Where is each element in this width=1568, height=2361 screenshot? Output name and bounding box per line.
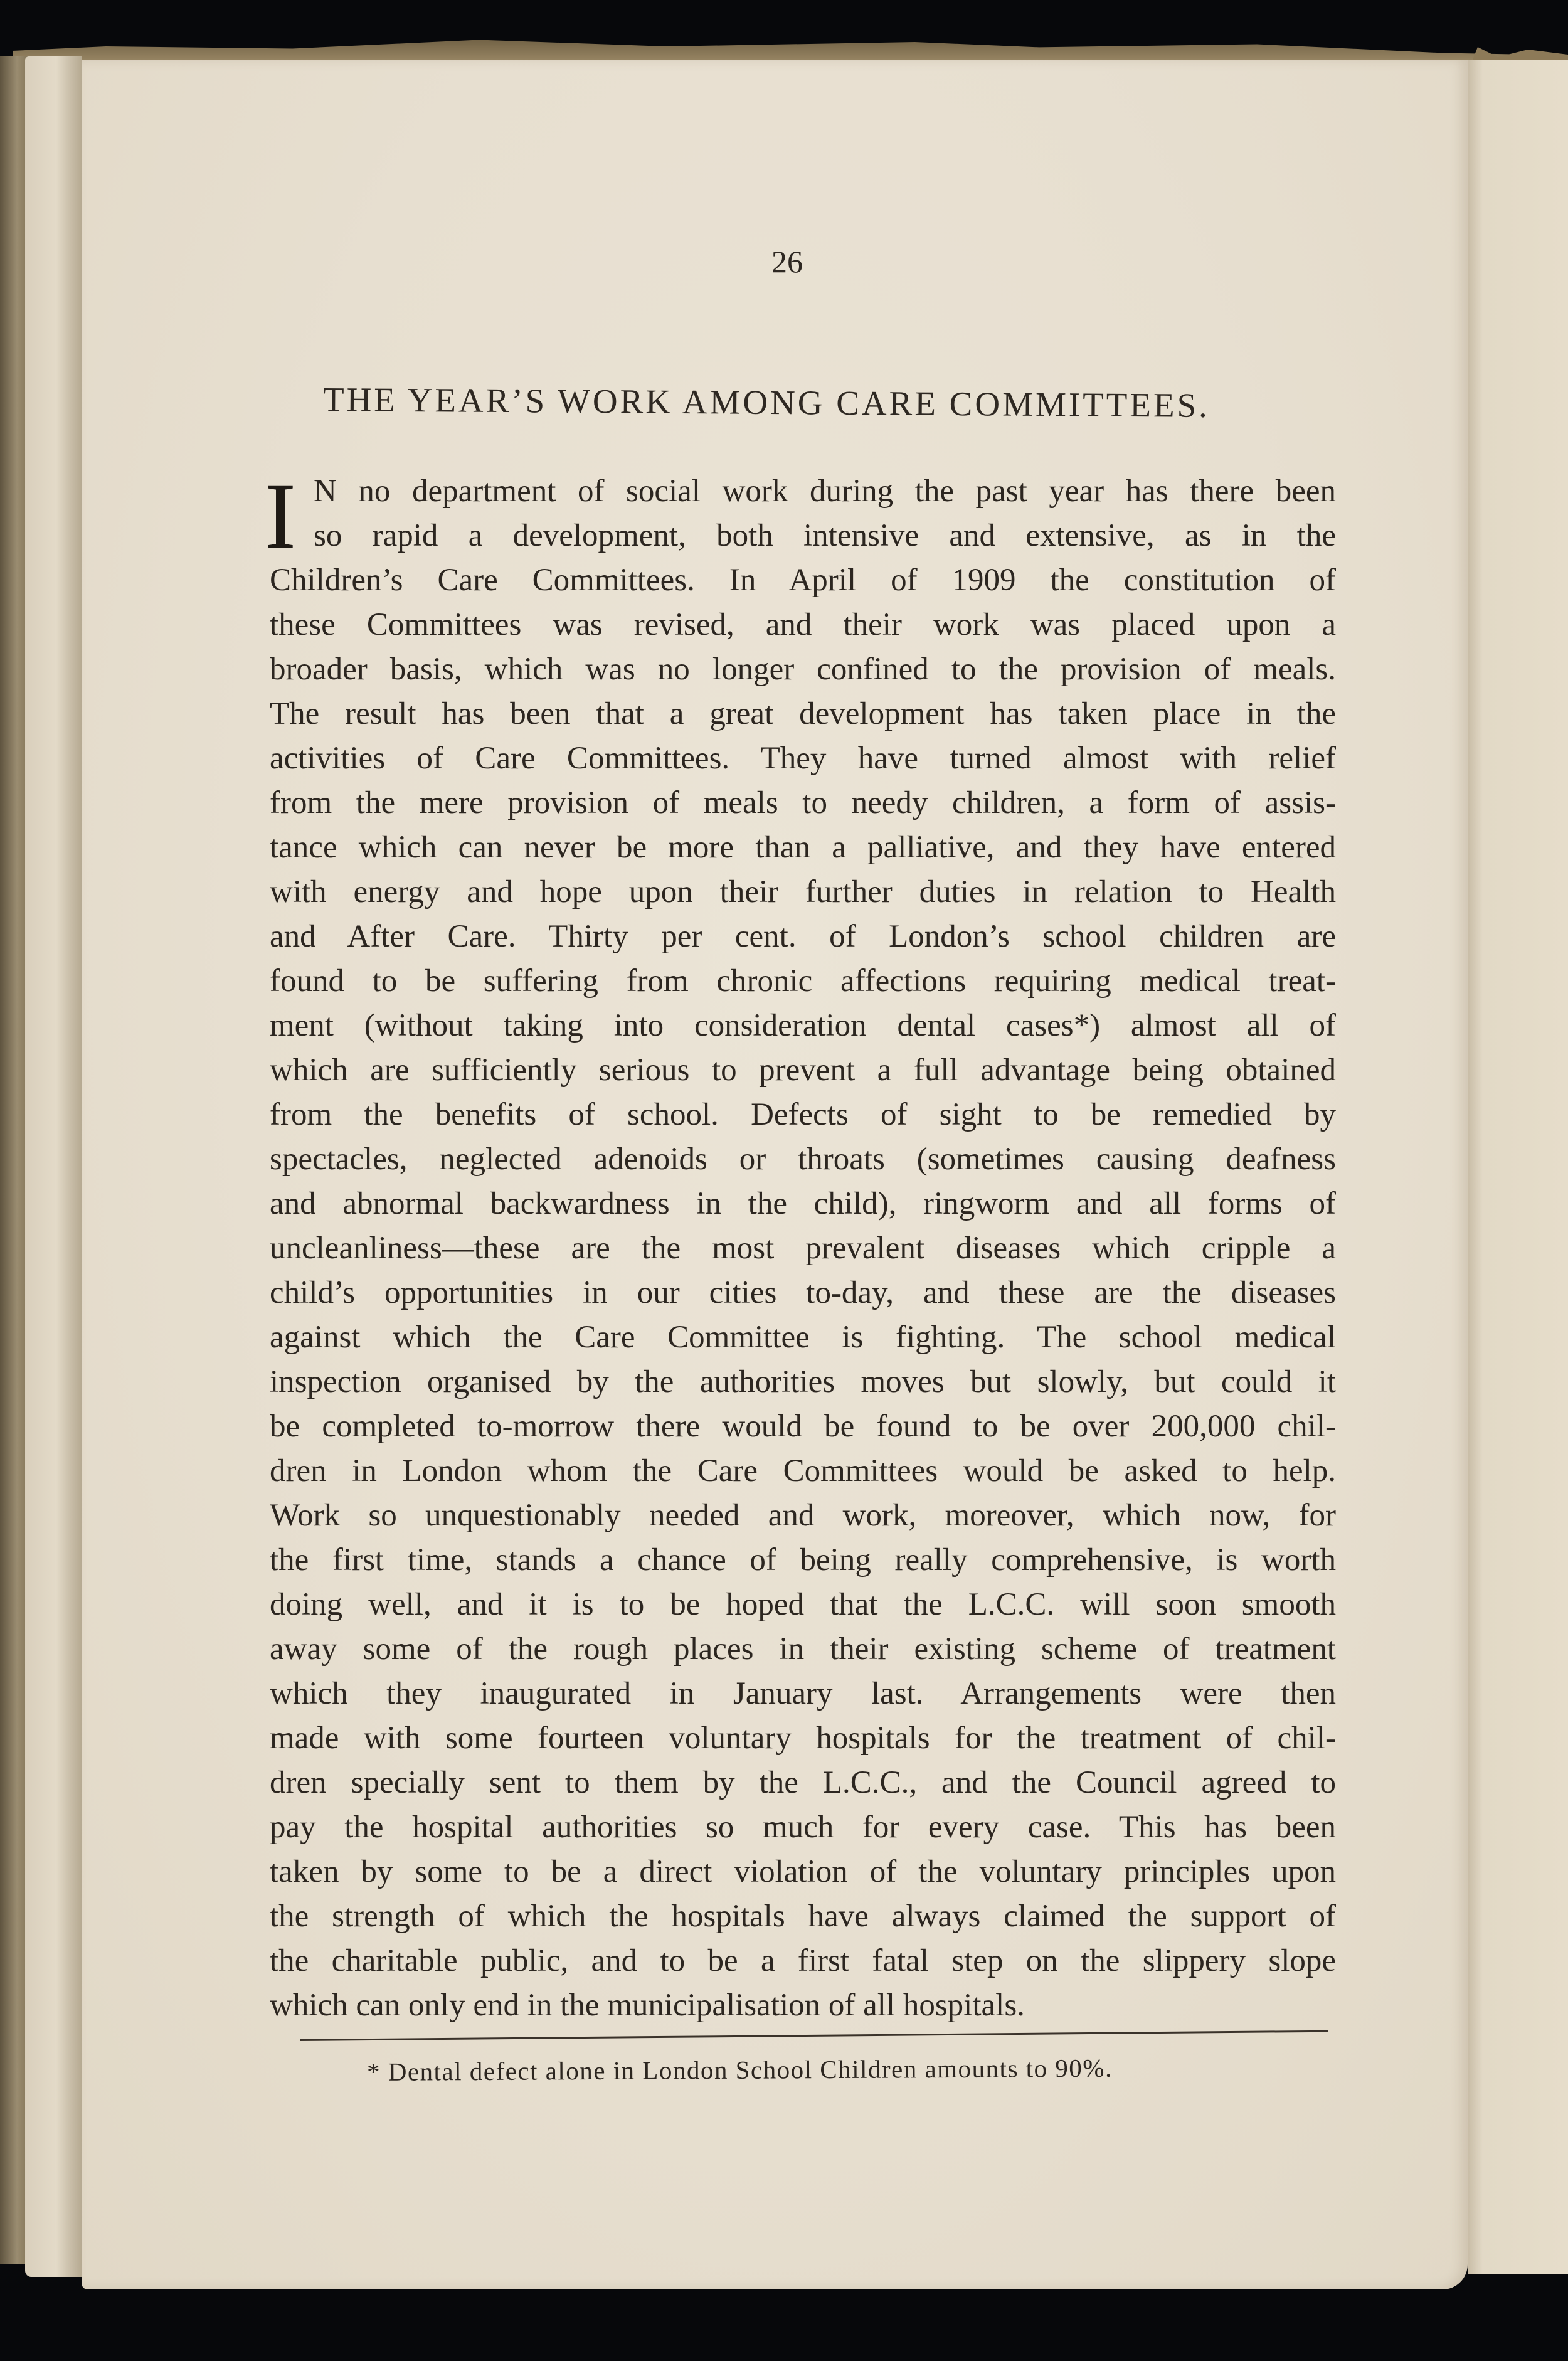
text-line: with energy and hope upon their further … — [270, 870, 1336, 915]
footnote: * Dental defect alone in London School C… — [367, 2052, 1308, 2087]
text-line: dren in London whom the Care Committees … — [270, 1449, 1336, 1494]
text-line: inspection organised by the authorities … — [270, 1360, 1336, 1404]
text-line: the charitable public, and to be a first… — [270, 1939, 1336, 1983]
text-line: and After Care. Thirty per cent. of Lond… — [270, 915, 1336, 959]
text-line: the first time, stands a chance of being… — [270, 1538, 1336, 1583]
text-line: from the benefits of school. Defects of … — [270, 1093, 1336, 1137]
text-line: doing well, and it is to be hoped that t… — [270, 1583, 1336, 1627]
text-line: against which the Care Committee is figh… — [270, 1315, 1336, 1360]
chapter-title: THE YEAR’S WORK AMONG CARE COMMITTEES. — [323, 379, 1327, 426]
drop-cap: I — [265, 475, 296, 557]
facing-page-edge — [1468, 60, 1568, 2274]
text-line: broader basis, which was no longer confi… — [270, 647, 1336, 692]
text-line: which they inaugurated in January last. … — [270, 1672, 1336, 1716]
text-line: which are sufficiently serious to preven… — [270, 1048, 1336, 1093]
text-line: so rapid a development, both intensive a… — [270, 514, 1336, 558]
text-line: and abnormal backwardness in the child),… — [270, 1182, 1336, 1226]
text-line: spectacles, neglected adenoids or throat… — [270, 1137, 1336, 1182]
text-line: tance which can never be more than a pal… — [270, 825, 1336, 870]
book-cover-left-edge — [0, 56, 28, 2264]
text-line: N no department of social work during th… — [270, 469, 1336, 514]
text-line: Work so unquestionably needed and work, … — [270, 1494, 1336, 1538]
text-line: the strength of which the hospitals have… — [270, 1894, 1336, 1939]
page-stack-left — [25, 56, 82, 2277]
body-paragraph: I N no department of social work during … — [270, 469, 1336, 2028]
text-line: child’s opportunities in our cities to-d… — [270, 1271, 1336, 1315]
text-line: taken by some to be a direct violation o… — [270, 1850, 1336, 1894]
text-line: these Committees was revised, and their … — [270, 603, 1336, 647]
text-line: pay the hospital authorities so much for… — [270, 1805, 1336, 1850]
page-number: 26 — [768, 243, 806, 280]
text-line: made with some fourteen voluntary hospit… — [270, 1716, 1336, 1761]
text-line: which can only end in the municipalisati… — [270, 1983, 1336, 2028]
text-line: uncleanliness—these are the most prevale… — [270, 1226, 1336, 1271]
text-line: from the mere provision of meals to need… — [270, 781, 1336, 825]
text-line: Children’s Care Committees. In April of … — [270, 558, 1336, 603]
text-line: The result has been that a great develop… — [270, 692, 1336, 736]
text-line: away some of the rough places in their e… — [270, 1627, 1336, 1672]
text-line: be completed to-morrow there would be fo… — [270, 1404, 1336, 1449]
text-line: found to be suffering from chronic affec… — [270, 959, 1336, 1004]
text-line: dren specially sent to them by the L.C.C… — [270, 1761, 1336, 1805]
text-line: ment (without taking into consideration … — [270, 1004, 1336, 1048]
text-line: activities of Care Committees. They have… — [270, 736, 1336, 781]
